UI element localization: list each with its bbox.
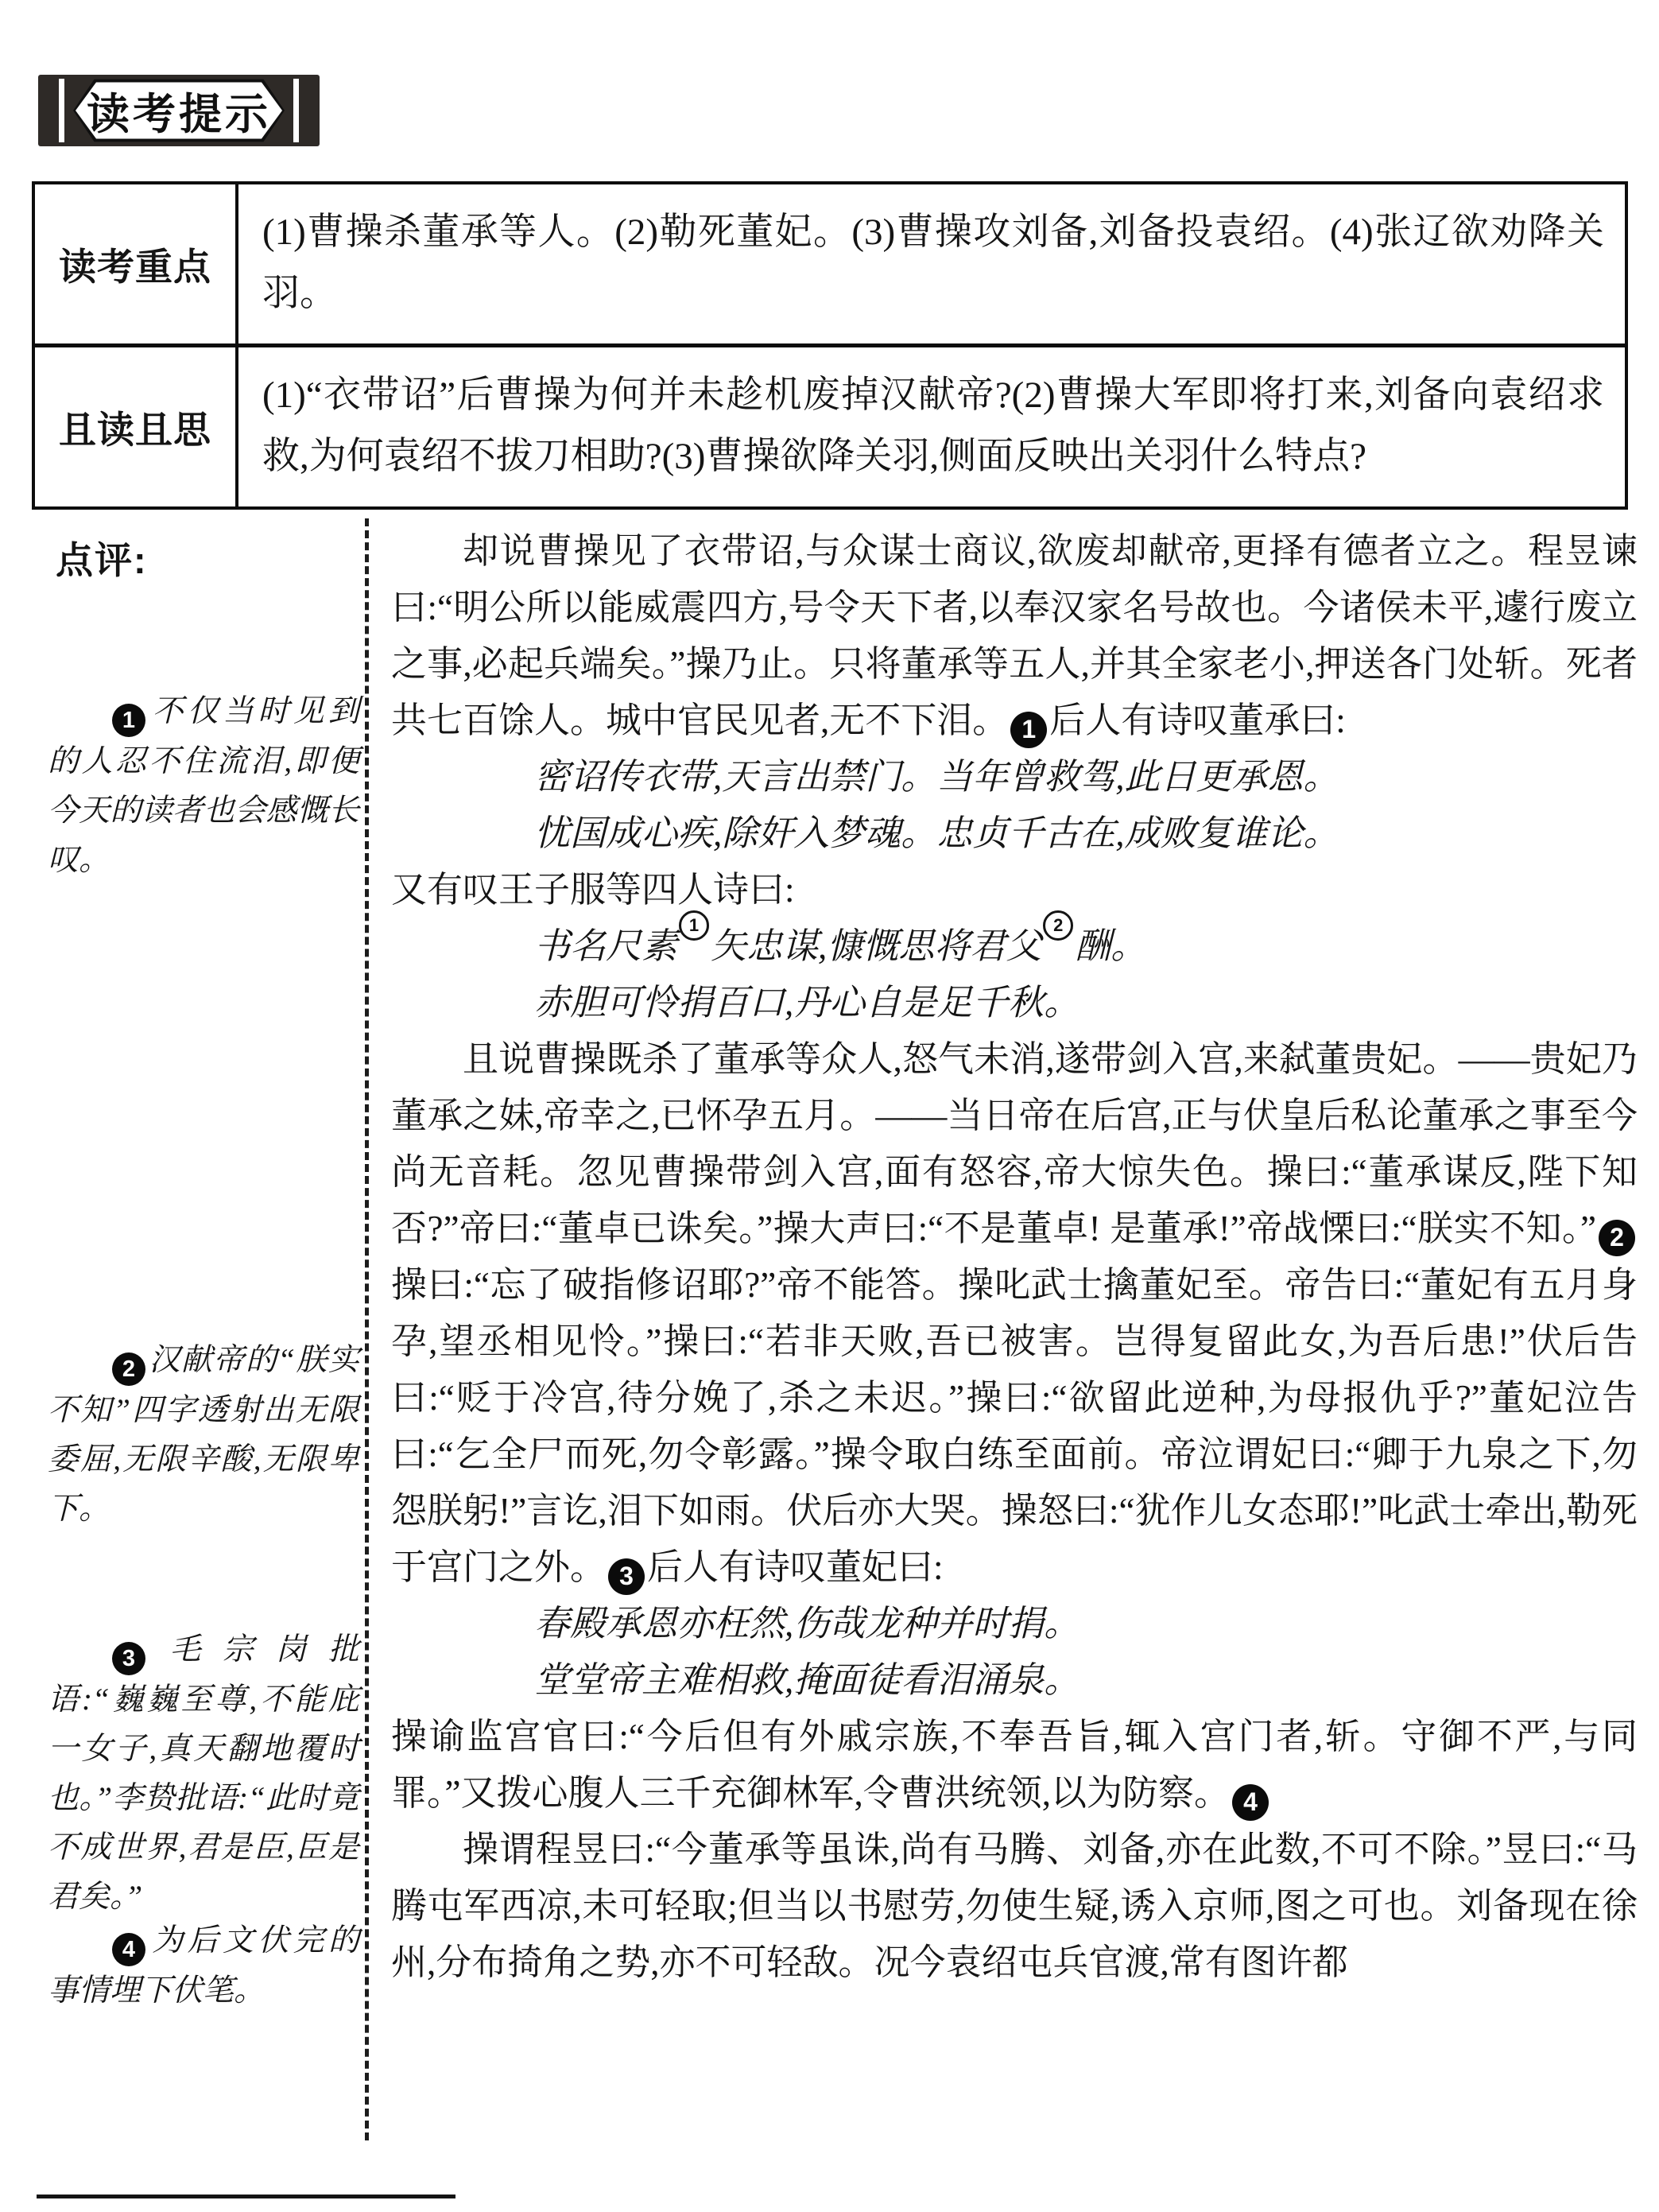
- poem-line: 密诏传衣带,天言出禁门。当年曾救驾,此日更承恩。: [534, 749, 1638, 805]
- footnote-ref-2-icon: 2: [1043, 910, 1073, 941]
- inline-note-marker-1-icon: 1: [1010, 712, 1047, 748]
- banner-hexagon: 读考提示: [76, 81, 282, 140]
- inline-note-marker-4-icon: 4: [1232, 1784, 1269, 1821]
- inline-note-marker-3-icon: 3: [608, 1558, 645, 1595]
- inline-note-marker-2-icon: 2: [1599, 1220, 1635, 1256]
- paragraph-cao-kills-dongcheng: 却说曹操见了衣带诏,与众谋士商议,欲废却献帝,更择有德者立之。程昱谏曰:“明公所…: [391, 523, 1638, 749]
- note-text: 不仅当时见到的人忍不住流泪,即便今天的读者也会感慨长叹。: [48, 694, 359, 877]
- paragraph-text: 后人有诗叹董承曰:: [1049, 700, 1346, 740]
- note-marker-2-icon: 2: [112, 1352, 145, 1386]
- poem-line: 堂堂帝主难相救,掩面徒看泪涌泉。: [534, 1652, 1638, 1709]
- poem-lament-wangzifu: 书名尺素1矢忠谋,慷慨思将君父2酬。 赤胆可怜捐百口,丹心自是足千秋。: [391, 918, 1638, 1031]
- table-row: 读考重点 (1)曹操杀董承等人。(2)勒死董妃。(3)曹操攻刘备,刘备投袁绍。(…: [35, 184, 1625, 343]
- paragraph-text: 且说曹操既杀了董承等众人,怒气未消,遂带剑入宫,来弑董贵妃。——贵妃乃董承之妹,…: [391, 1039, 1638, 1248]
- paragraph-palace-decree: 操谕监宫官曰:“今后但有外戚宗族,不奉吾旨,辄入宫门者,斩。守御不严,与同罪。”…: [391, 1709, 1638, 1822]
- poem-line: 赤胆可怜捐百口,丹心自是足千秋。: [534, 975, 1638, 1031]
- poem-lament-consort-dong: 春殿承恩亦枉然,伤哉龙种并时捐。 堂堂帝主难相救,掩面徒看泪涌泉。: [391, 1596, 1638, 1709]
- poem-text: 酬。: [1075, 926, 1146, 966]
- poem-text: 书名尺素: [534, 926, 677, 966]
- poem-line: 书名尺素1矢忠谋,慷慨思将君父2酬。: [534, 918, 1638, 975]
- column-divider-dashed: [365, 518, 369, 2140]
- commentary-note-3: 3毛宗岗批语:“巍巍至尊,不能庇一女子,真天翻地覆时也。”李贽批语:“此时竟不成…: [48, 1625, 359, 1922]
- banner-title: 读考提示: [87, 80, 271, 142]
- note-marker-4-icon: 4: [112, 1933, 145, 1966]
- paragraph-text: 后人有诗叹董妃曰:: [647, 1547, 944, 1587]
- note-text: 汉献帝的“朕实不知”四字透射出无限委屈,无限辛酸,无限卑下。: [48, 1343, 359, 1526]
- banner-stripe-left: [59, 79, 64, 142]
- poem-lament-dongcheng: 密诏传衣带,天言出禁门。当年曾救驾,此日更承恩。 忧国成心疾,除奸入梦魂。忠贞千…: [391, 749, 1638, 862]
- paragraph-plot-against-mateng-liubei: 操谓程昱曰:“今董承等虽诛,尚有马腾、刘备,亦在此数,不可不除。”昱曰:“马腾屯…: [391, 1822, 1638, 1991]
- paragraph-text: 却说曹操见了衣带诏,与众谋士商议,欲废却献帝,更择有德者立之。程昱谏曰:“明公所…: [391, 531, 1638, 740]
- novel-text-column: 却说曹操见了衣带诏,与众谋士商议,欲废却献帝,更择有德者立之。程昱谏曰:“明公所…: [391, 523, 1638, 1991]
- note-text: 为后文伏完的事情埋下伏笔。: [48, 1923, 359, 2008]
- note-text: 毛宗岗批语:“巍巍至尊,不能庇一女子,真天翻地覆时也。”李贽批语:“此时竟不成世…: [48, 1632, 359, 1914]
- poem-line: 忧国成心疾,除奸入梦魂。忠贞千古在,成败复谁论。: [534, 805, 1638, 862]
- poem-text: 矢忠谋,慷慨思将君父: [711, 926, 1041, 966]
- row-content-think-while-reading: (1)“衣带诏”后曹操为何并未趁机废掉汉献帝?(2)曹操大军即将打来,刘备向袁绍…: [238, 347, 1625, 506]
- note-marker-3-icon: 3: [112, 1642, 145, 1675]
- paragraph-text: 操曰:“忘了破指修诏耶?”帝不能答。操叱武士擒董妃至。帝告曰:“董妃有五月身孕,…: [391, 1265, 1638, 1587]
- scanned-textbook-page: { "page": {"background": "#ffffff", "ink…: [0, 0, 1659, 2212]
- row-label-key-points: 读考重点: [35, 184, 238, 343]
- poem-line: 春殿承恩亦枉然,伤哉龙种并时捐。: [534, 1596, 1638, 1652]
- commentary-note-4: 4为后文伏完的事情埋下伏笔。: [48, 1916, 359, 2016]
- commentary-note-1: 1不仅当时见到的人忍不住流泪,即便今天的读者也会感慨长叹。: [48, 687, 359, 885]
- reading-guide-table: 读考重点 (1)曹操杀董承等人。(2)勒死董妃。(3)曹操攻刘备,刘备投袁绍。(…: [32, 181, 1628, 510]
- note-marker-1-icon: 1: [112, 704, 145, 737]
- commentary-note-2: 2汉献帝的“朕实不知”四字透射出无限委屈,无限辛酸,无限卑下。: [48, 1336, 359, 1534]
- banner-stripe-right: [293, 79, 299, 142]
- paragraph-intro-second-poem: 又有叹王子服等四人诗曰:: [391, 862, 1638, 918]
- table-row: 且读且思 (1)“衣带诏”后曹操为何并未趁机废掉汉献帝?(2)曹操大军即将打来,…: [35, 343, 1625, 506]
- row-content-key-points: (1)曹操杀董承等人。(2)勒死董妃。(3)曹操攻刘备,刘备投袁绍。(4)张辽欲…: [238, 184, 1625, 343]
- footnote-separator-rule: [37, 2195, 455, 2198]
- footnote-ref-1-icon: 1: [679, 910, 709, 941]
- commentary-heading: 点评:: [56, 531, 148, 584]
- section-banner: 读考提示: [38, 75, 320, 146]
- paragraph-text: 操谕监宫官曰:“今后但有外戚宗族,不奉吾旨,辄入宫门者,斩。守御不严,与同罪。”…: [391, 1717, 1638, 1813]
- paragraph-strangling-consort-dong: 且说曹操既杀了董承等众人,怒气未消,遂带剑入宫,来弑董贵妃。——贵妃乃董承之妹,…: [391, 1031, 1638, 1596]
- row-label-think-while-reading: 且读且思: [35, 347, 238, 506]
